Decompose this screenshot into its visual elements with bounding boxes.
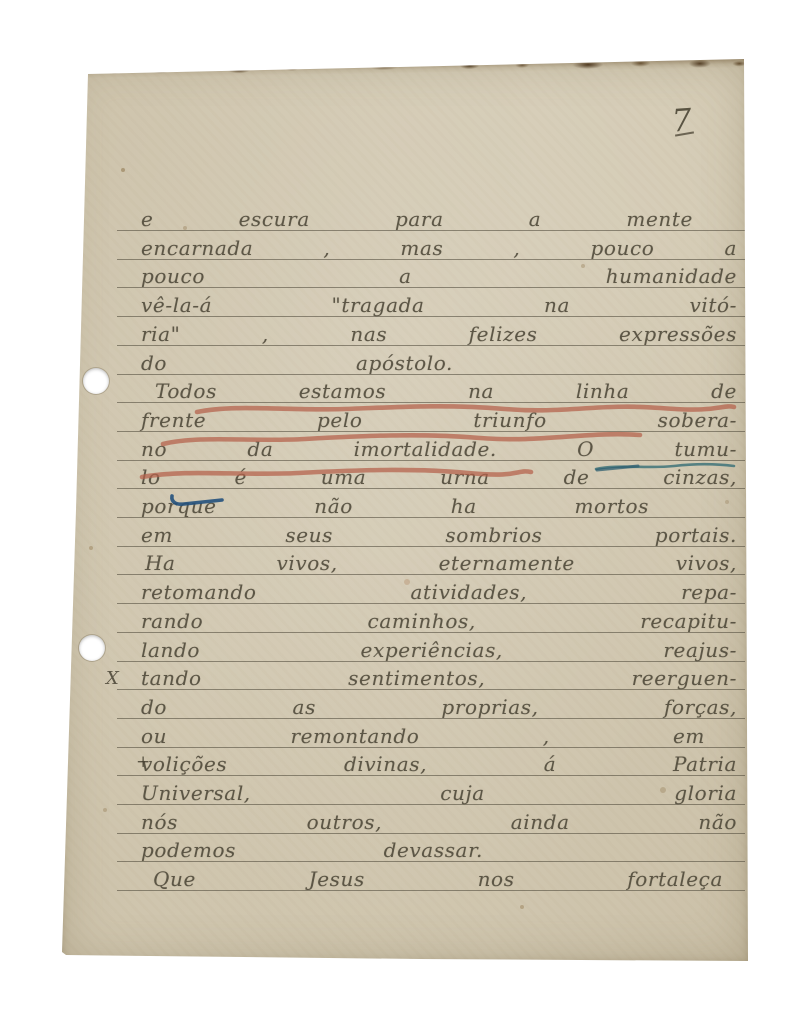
handwritten-text-line: ou remontando , em <box>141 724 705 748</box>
manuscript-line: e escura para a mente <box>117 201 745 231</box>
manuscript-line: frente pelo triunfo sobera- <box>117 402 745 432</box>
handwritten-text-line: pouco a humanidade <box>141 264 737 288</box>
handwritten-text-line: lo é uma urna de cinzas, <box>141 465 737 489</box>
manuscript-line: volições divinas, á Patria <box>117 746 745 776</box>
manuscript-line: nós outros, ainda não <box>117 804 745 834</box>
handwritten-text-line: do as proprias, forças, <box>141 695 737 719</box>
manuscript-line: do as proprias, forças, <box>117 689 745 719</box>
handwritten-text-line: vê-la-á "tragada na vitó- <box>141 293 737 317</box>
handwritten-text-line: tando sentimentos, reerguen- <box>141 666 737 690</box>
handwritten-text-line: Que Jesus nos fortaleça <box>153 867 723 891</box>
handwritten-text-line: e escura para a mente <box>141 207 693 231</box>
handwritten-text-line: do apóstolo. <box>141 351 453 375</box>
manuscript-line: lo é uma urna de cinzas, <box>117 459 745 489</box>
handwritten-text-line: ria" , nas felizes expressões <box>141 322 737 346</box>
manuscript-line: porque não ha mortos <box>117 488 745 518</box>
handwritten-text-line: nós outros, ainda não <box>141 810 737 834</box>
manuscript-line: lando experiências, reajus- <box>117 632 745 662</box>
handwritten-text-line: no da imortalidade. O tumu- <box>141 437 737 461</box>
scanned-page-canvas: 7 e escura para a menteencarnada , mas ,… <box>0 0 807 1024</box>
manuscript-line: encarnada , mas , pouco a <box>117 230 745 260</box>
handwritten-text-line: Ha vivos, eternamente vivos, <box>145 551 737 575</box>
manuscript-line: Que Jesus nos fortaleça <box>117 861 745 891</box>
manuscript-line: no da imortalidade. O tumu- <box>117 431 745 461</box>
handwritten-text-line: frente pelo triunfo sobera- <box>141 408 737 432</box>
manuscript-line: Universal, cuja gloria <box>117 775 745 805</box>
handwritten-text-line: rando caminhos, recapitu- <box>141 609 737 633</box>
manuscript-line: pouco a humanidade <box>117 258 745 288</box>
handwritten-text-line: encarnada , mas , pouco a <box>141 236 737 260</box>
manuscript-line: podemos devassar. <box>117 832 745 862</box>
handwritten-text-line: podemos devassar. <box>141 838 483 862</box>
manuscript-line: Todos estamos na linha de <box>117 373 745 403</box>
handwritten-text-line: porque não ha mortos <box>141 494 649 518</box>
manuscript-paper-sheet: 7 e escura para a menteencarnada , mas ,… <box>0 0 807 1024</box>
manuscript-line: ou remontando , em <box>117 718 745 748</box>
handwritten-text-line: volições divinas, á Patria <box>141 752 737 776</box>
handwritten-text-line: retomando atividades, repa- <box>141 580 737 604</box>
margin-mark-x: X <box>106 668 119 689</box>
manuscript-line: em seus sombrios portais. <box>117 517 745 547</box>
manuscript-line: ria" , nas felizes expressões <box>117 316 745 346</box>
manuscript-text-block: e escura para a menteencarnada , mas , p… <box>0 0 807 1024</box>
handwritten-text-line: em seus sombrios portais. <box>141 523 737 547</box>
manuscript-line: Ha vivos, eternamente vivos, <box>117 545 745 575</box>
margin-mark-plus: + <box>136 752 150 772</box>
handwritten-text-line: lando experiências, reajus- <box>141 638 737 662</box>
manuscript-line: do apóstolo. <box>117 345 745 375</box>
manuscript-line: rando caminhos, recapitu- <box>117 603 745 633</box>
manuscript-line: tando sentimentos, reerguen- <box>117 660 745 690</box>
manuscript-line: vê-la-á "tragada na vitó- <box>117 287 745 317</box>
manuscript-line: retomando atividades, repa- <box>117 574 745 604</box>
handwritten-text-line: Universal, cuja gloria <box>141 781 737 805</box>
handwritten-text-line: Todos estamos na linha de <box>155 379 737 403</box>
